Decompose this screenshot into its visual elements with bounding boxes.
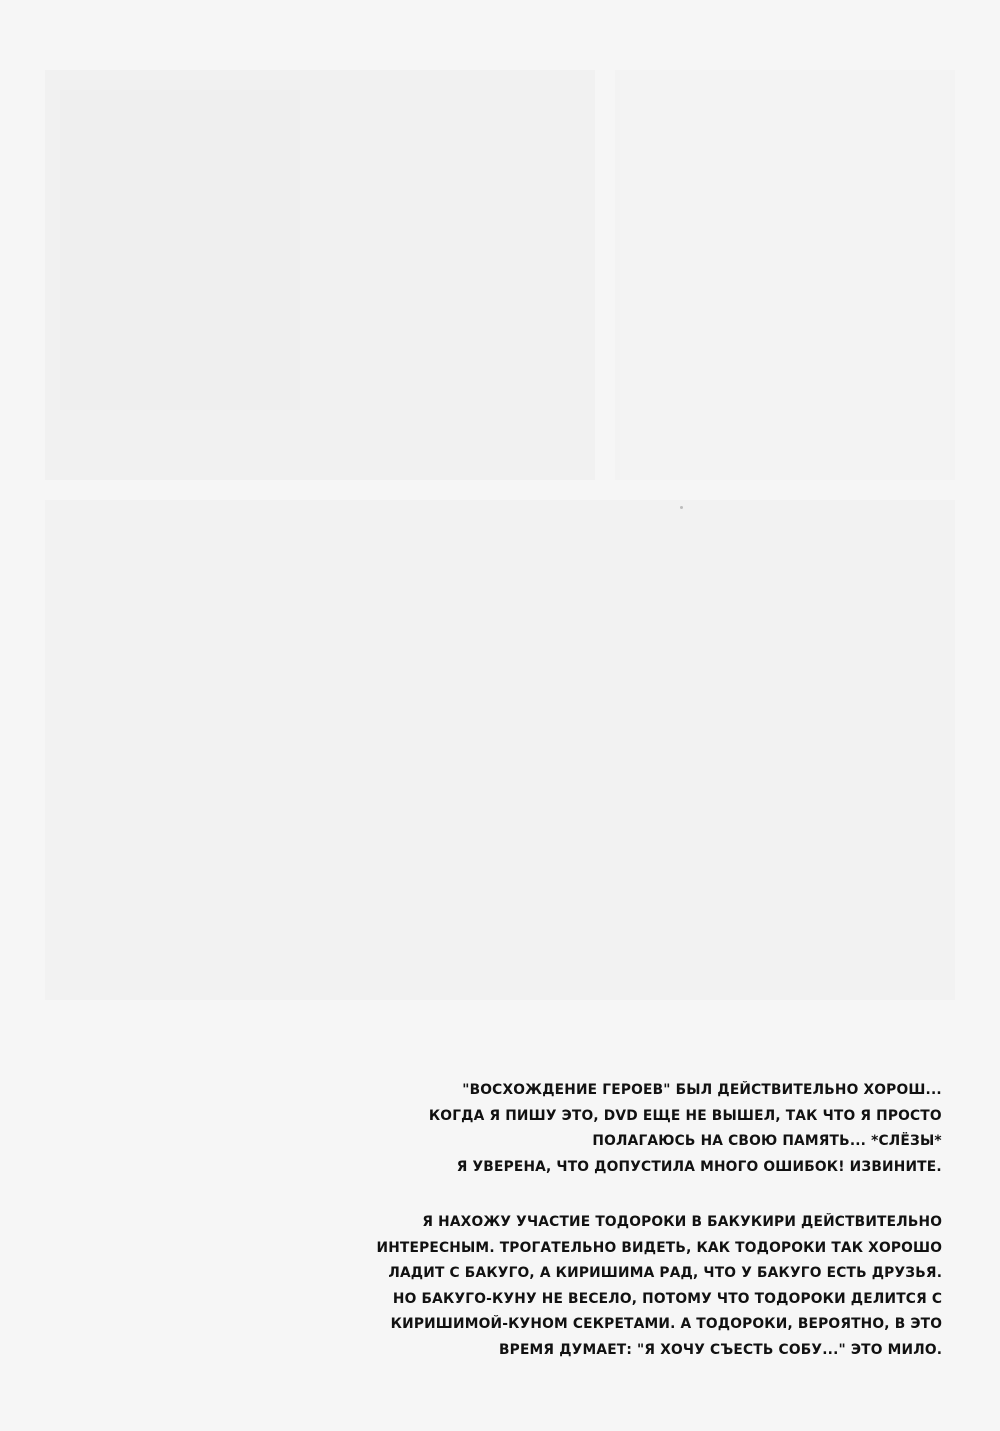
text-line: ладит с Бакуго, а Киришима рад, что у Ба… [376, 1261, 942, 1287]
text-line: "Восхождение героев" был действительно х… [429, 1078, 942, 1104]
text-line: Я уверена, что допустила много ошибок! И… [429, 1155, 942, 1181]
text-line: Я нахожу участие Тодороки в Бакукири дей… [376, 1210, 942, 1236]
text-line: время думает: "Я хочу съесть собу..." Эт… [376, 1338, 942, 1364]
text-line: интересным. Трогательно видеть, как Тодо… [376, 1236, 942, 1262]
text-line: Когда я пишу это, DVD еще не вышел, так … [429, 1104, 942, 1130]
afterword-paragraph-2: Я нахожу участие Тодороки в Бакукири дей… [359, 1210, 942, 1363]
faded-panel-middle [45, 500, 955, 1000]
afterword-paragraph-1: "Восхождение героев" был действительно х… [413, 1078, 942, 1180]
text-line: Но Бакуго-куну не весело, потому что Тод… [376, 1287, 942, 1313]
faded-panel-inset [60, 90, 300, 410]
text-line: Киришимой-куном секретами. А Тодороки, в… [376, 1312, 942, 1338]
scan-speck [680, 506, 683, 509]
text-line: полагаюсь на свою память... *слёзы* [429, 1129, 942, 1155]
faded-panel-top-right [615, 70, 955, 480]
